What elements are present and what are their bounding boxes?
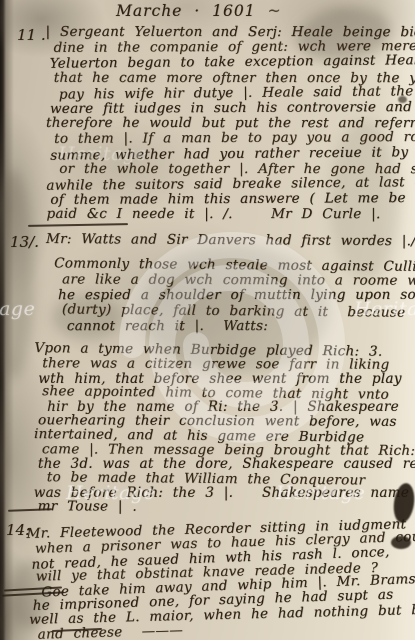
entry-number-11: 11 . <box>17 26 46 44</box>
entry-11-paragraph: | Sergeant Yeluerton and Serj: Heale bei… <box>45 24 408 224</box>
handwriting-line: Vpon a tyme when Burbidge played Rich: 3… <box>34 341 410 359</box>
handwriting-line: | Sergeant Yeluerton and Serj: Heale bei… <box>46 25 408 41</box>
heading-flourish: ~ <box>268 2 280 20</box>
handwriting-line: was before Rich: the 3 |. Shakespeares n… <box>34 486 410 500</box>
handwriting-line: Mr: Watts and Sir Danvers had first word… <box>46 232 386 249</box>
entry-14-paragraph: Mr. Fleetewood the Recorder sitting in i… <box>26 516 415 640</box>
manuscript-photo: Marche · 1601 ~ 11 . | Sergeant Yeluerto… <box>0 0 415 640</box>
entry-number-13: 13/. <box>10 233 39 251</box>
ink-blot <box>398 96 407 103</box>
heading-text: Marche · 1601 <box>116 2 256 20</box>
handwriting-line: paid &c I neede it |. /. Mr D Curle |. <box>46 207 408 223</box>
entry-13-opening-line: Mr: Watts and Sir Danvers had first word… <box>46 233 386 248</box>
handwriting-line: cannot reach it |. Watts: <box>67 319 402 334</box>
entry-13-shakespeare-paragraph: Vpon a tyme when Burbidge played Rich: 3… <box>34 342 411 515</box>
entry-13-anecdote-paragraph: Commonly those wch steale most against C… <box>54 257 402 334</box>
ink-blot <box>391 536 411 549</box>
handwriting-line: intertained, and at his game ere Burbidg… <box>34 427 410 445</box>
handwriting-line: mr Touse | . <box>38 499 410 515</box>
handwriting-line: pay his wife hir dutye |. Heale said tha… <box>59 84 408 103</box>
handwriting-line: hir by the name of Ri: the 3. | Shakespe… <box>47 400 410 414</box>
page-heading: Marche · 1601 ~ <box>116 2 280 20</box>
handwriting-line: therefore he would but put the rest and … <box>46 116 408 132</box>
